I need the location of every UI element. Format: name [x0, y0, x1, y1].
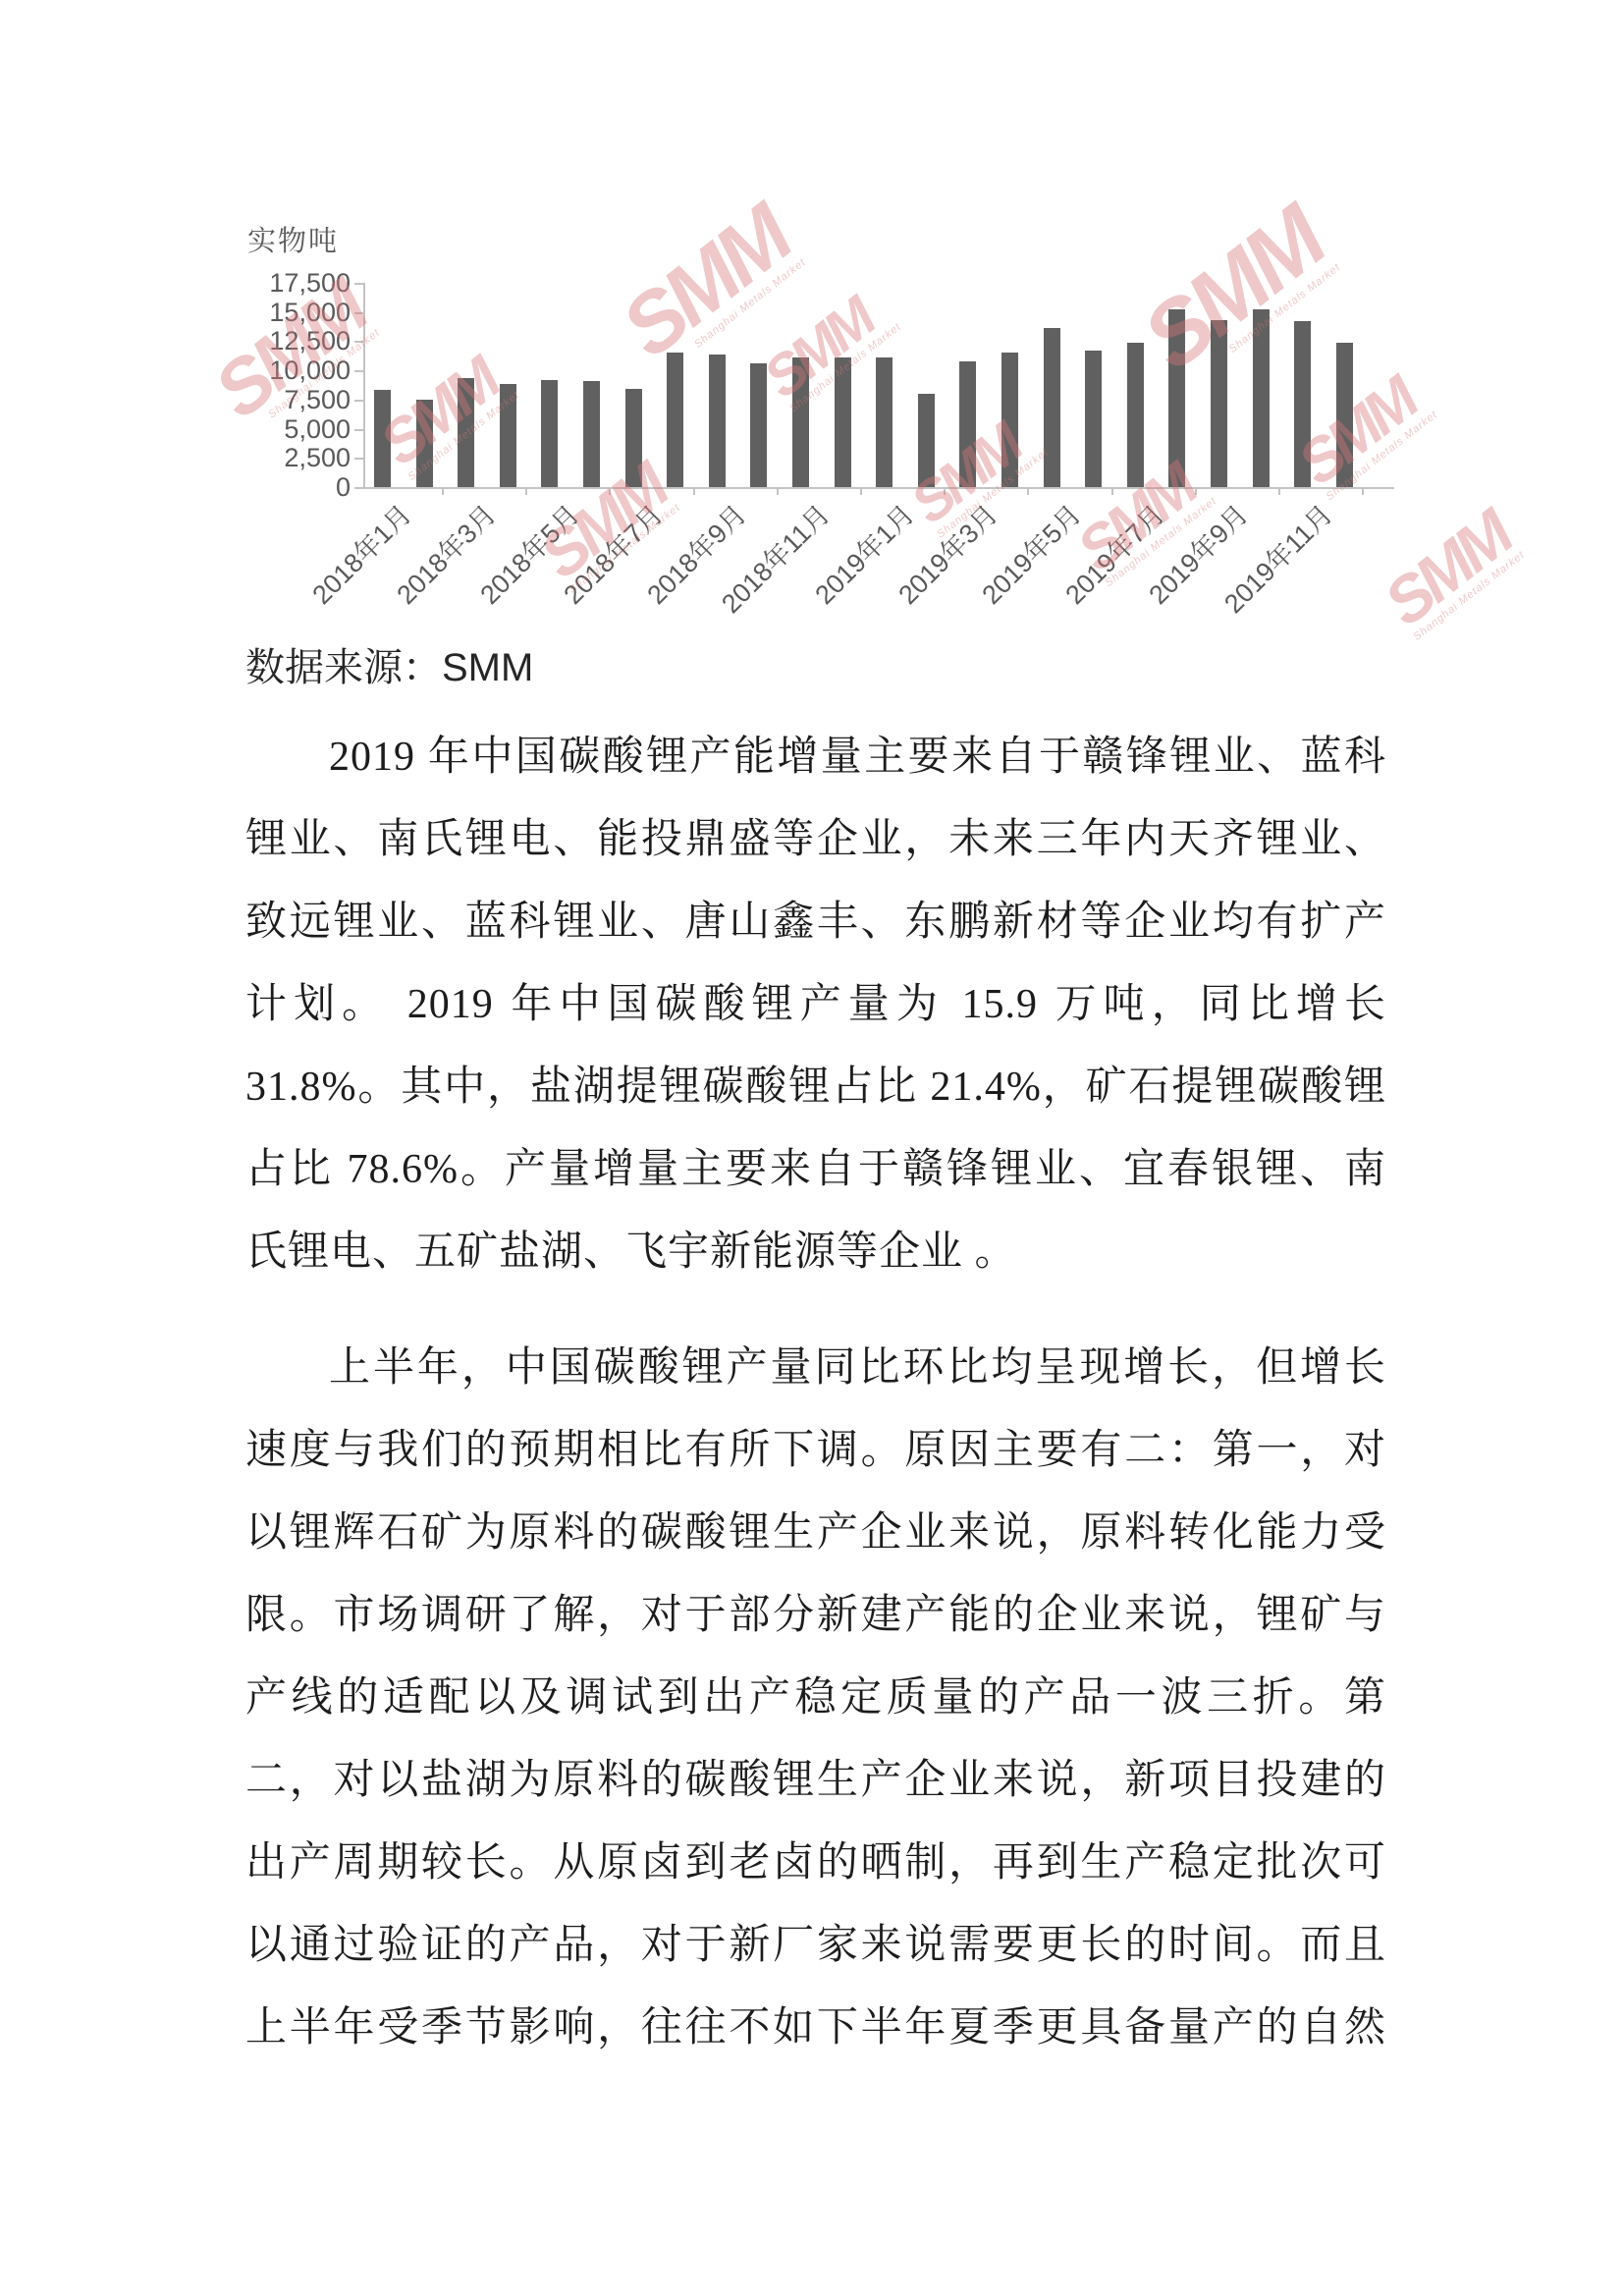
y-tick-label: 2,500 — [252, 445, 351, 471]
chart-bar — [583, 381, 600, 487]
x-tick-mark — [1278, 487, 1280, 495]
x-tick-mark — [525, 487, 527, 495]
text-line: 速度与我们的预期相比有所下调。原因主要有二：第一，对 — [245, 1409, 1386, 1492]
chart-bar — [918, 394, 935, 487]
text-line: 限。市场调研了解，对于部分新建产能的企业来说，锂矿与 — [245, 1574, 1386, 1657]
x-axis-line — [363, 487, 1394, 489]
chart-bar — [792, 357, 809, 487]
y-tick-label: 15,000 — [252, 300, 351, 326]
y-tick-label: 12,500 — [252, 328, 351, 355]
chart-bar — [667, 353, 683, 487]
y-tick-label: 0 — [252, 474, 351, 501]
chart-bar — [1001, 353, 1018, 487]
document-page: 实物吨 17,50015,00012,50010,0007,5005,0002,… — [0, 0, 1623, 2296]
chart-bar — [1044, 328, 1060, 487]
paragraph-capacity-and-output: 2019 年中国碳酸锂产能增量主要来自于赣锋锂业、蓝科 锂业、南氏锂电、能投鼎盛… — [245, 716, 1386, 1293]
x-tick-mark — [1362, 487, 1364, 495]
chart-plot-area: 17,50015,00012,50010,0007,5005,0002,5000… — [245, 211, 1434, 614]
chart-bar — [625, 389, 642, 487]
chart-bar — [709, 355, 726, 487]
paragraph-growth-analysis: 上半年，中国碳酸锂产量同比环比均呈现增长，但增长 速度与我们的预期相比有所下调。… — [245, 1327, 1386, 2069]
chart-bar — [416, 400, 433, 487]
x-tick-mark — [1111, 487, 1113, 495]
y-tick-mark — [354, 400, 363, 402]
chart-bar — [876, 357, 893, 487]
text-line: 占比 78.6%。产量增量主要来自于赣锋锂业、宜春银锂、南 — [245, 1128, 1386, 1211]
text-line: 锂业、南氏锂电、能投鼎盛等企业，未来三年内天齐锂业、 — [245, 798, 1386, 881]
x-tick-mark — [1195, 487, 1197, 495]
y-tick-label: 7,500 — [252, 387, 351, 413]
chart-bar — [1211, 320, 1227, 487]
y-tick-mark — [354, 283, 363, 285]
chart-bar — [1253, 309, 1270, 487]
y-tick-mark — [354, 458, 363, 460]
x-tick-mark — [944, 487, 946, 495]
y-axis-line — [363, 283, 365, 489]
chart-bar — [458, 378, 474, 487]
y-tick-mark — [354, 370, 363, 372]
x-tick-mark — [609, 487, 611, 495]
chart-bar — [835, 357, 851, 487]
y-tick-label: 17,500 — [252, 270, 351, 297]
data-source-line: 数据来源：SMM — [245, 636, 533, 692]
chart-bar — [541, 380, 558, 487]
chart-bar — [374, 390, 391, 487]
text-line: 致远锂业、蓝科锂业、唐山鑫丰、东鹏新材等企业均有扩产 — [245, 881, 1386, 963]
x-tick-mark — [1027, 487, 1029, 495]
chart-bar — [1085, 351, 1102, 487]
text-line: 产线的适配以及调试到出产稳定质量的产品一波三折。第 — [245, 1657, 1386, 1739]
y-tick-mark — [354, 487, 363, 489]
y-tick-mark — [354, 341, 363, 343]
text-line: 31.8%。其中，盐湖提锂碳酸锂占比 21.4%，矿石提锂碳酸锂 — [245, 1046, 1386, 1128]
y-tick-mark — [354, 312, 363, 314]
chart-bar — [500, 384, 516, 487]
chart-bar — [750, 363, 767, 487]
text-line: 出产周期较长。从原卤到老卤的晒制，再到生产稳定批次可 — [245, 1822, 1386, 1904]
text-line: 以锂辉石矿为原料的碳酸锂生产企业来说，原料转化能力受 — [245, 1492, 1386, 1574]
text-line: 以通过验证的产品，对于新厂家来说需要更长的时间。而且 — [245, 1904, 1386, 1987]
chart-bar — [1127, 343, 1144, 487]
y-tick-label: 10,000 — [252, 357, 351, 384]
y-tick-label: 5,000 — [252, 416, 351, 443]
chart-bar — [1168, 309, 1185, 487]
text-line: 2019 年中国碳酸锂产能增量主要来自于赣锋锂业、蓝科 — [245, 716, 1386, 798]
x-tick-mark — [693, 487, 695, 495]
chart-bar — [1294, 321, 1311, 487]
x-tick-mark — [860, 487, 862, 495]
text-line: 计划。 2019 年中国碳酸锂产量为 15.9 万吨，同比增长 — [245, 963, 1386, 1046]
x-tick-mark — [777, 487, 779, 495]
chart-bar — [959, 361, 976, 487]
text-line: 二，对以盐湖为原料的碳酸锂生产企业来说，新项目投建的 — [245, 1739, 1386, 1822]
text-line: 氏锂电、五矿盐湖、飞宇新能源等企业 。 — [245, 1211, 1386, 1293]
x-tick-mark — [442, 487, 444, 495]
lithium-carbonate-production-bar-chart: 实物吨 17,50015,00012,50010,0007,5005,0002,… — [245, 211, 1434, 614]
y-tick-mark — [354, 429, 363, 431]
text-line: 上半年，中国碳酸锂产量同比环比均呈现增长，但增长 — [245, 1327, 1386, 1409]
chart-bar — [1336, 343, 1353, 487]
text-line: 上半年受季节影响，往往不如下半年夏季更具备量产的自然 — [245, 1987, 1386, 2069]
